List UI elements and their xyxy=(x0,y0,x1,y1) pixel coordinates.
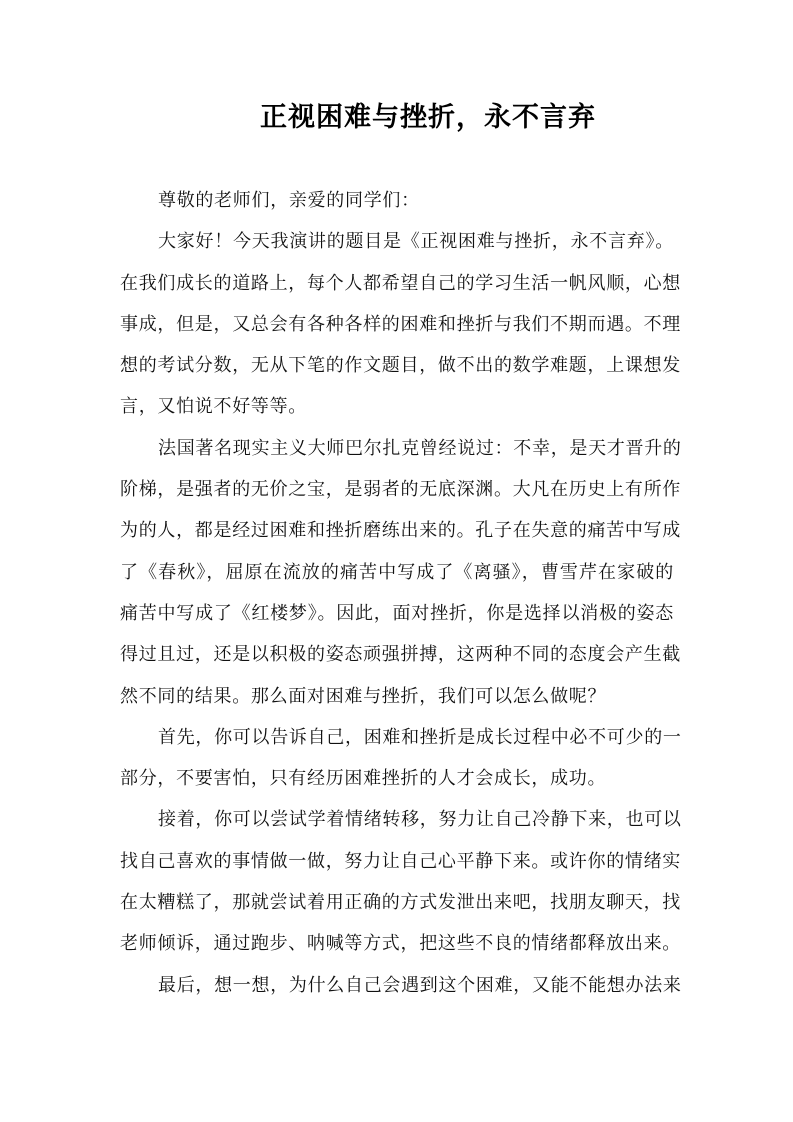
paragraph-line: 事成，但是，又总会有各种各样的困难和挫折与我们不期而遇。不理 xyxy=(120,304,674,345)
paragraph-line: 言，又怕说不好等等。 xyxy=(120,386,674,427)
paragraph-line: 最后，想一想，为什么自己会遇到这个困难，又能不能想办法来 xyxy=(120,965,674,1006)
paragraph-line: 法国著名现实主义大师巴尔扎克曾经说过：不幸，是天才晋升的 xyxy=(120,428,674,469)
paragraph-line: 为的人，都是经过困难和挫折磨练出来的。孔子在失意的痛苦中写成 xyxy=(120,510,674,551)
document-title: 正视困难与挫折，永不言弃 xyxy=(240,98,616,138)
document-page: 正视困难与挫折，永不言弃 尊敬的老师们，亲爱的同学们： 大家好！今天我演讲的题目… xyxy=(0,0,793,1122)
paragraph-line: 在太糟糕了，那就尝试着用正确的方式发泄出来吧，找朋友聊天，找 xyxy=(120,882,674,923)
document-body: 尊敬的老师们，亲爱的同学们： 大家好！今天我演讲的题目是《正视困难与挫折，永不言… xyxy=(120,180,676,1006)
paragraph-line: 痛苦中写成了《红楼梦》。因此，面对挫折，你是选择以消极的姿态 xyxy=(120,593,674,634)
paragraph-line: 老师倾诉，通过跑步、呐喊等方式，把这些不良的情绪都释放出来。 xyxy=(120,923,674,964)
paragraph-line: 然不同的结果。那么面对困难与挫折，我们可以怎么做呢？ xyxy=(120,676,674,717)
paragraph-line: 首先，你可以告诉自己，困难和挫折是成长过程中必不可少的一 xyxy=(120,717,674,758)
paragraph-line: 接着，你可以尝试学着情绪转移，努力让自己冷静下来，也可以 xyxy=(120,799,674,840)
paragraph-line: 部分，不要害怕，只有经历困难挫折的人才会成长，成功。 xyxy=(120,758,674,799)
paragraph-line: 得过且过，还是以积极的姿态顽强拼搏，这两种不同的态度会产生截 xyxy=(120,634,674,675)
paragraph-line: 大家好！今天我演讲的题目是《正视困难与挫折，永不言弃》。 xyxy=(120,221,674,262)
paragraph-line: 阶梯，是强者的无价之宝，是弱者的无底深渊。大凡在历史上有所作 xyxy=(120,469,674,510)
paragraph-line: 了《春秋》，屈原在流放的痛苦中写成了《离骚》，曹雪芹在家破的 xyxy=(120,552,674,593)
salutation-line: 尊敬的老师们，亲爱的同学们： xyxy=(120,180,674,221)
paragraph-line: 找自己喜欢的事情做一做，努力让自己心平静下来。或许你的情绪实 xyxy=(120,841,674,882)
paragraph-line: 在我们成长的道路上，每个人都希望自己的学习生活一帆风顺，心想 xyxy=(120,263,674,304)
paragraph-line: 想的考试分数，无从下笔的作文题目，做不出的数学难题，上课想发 xyxy=(120,345,674,386)
